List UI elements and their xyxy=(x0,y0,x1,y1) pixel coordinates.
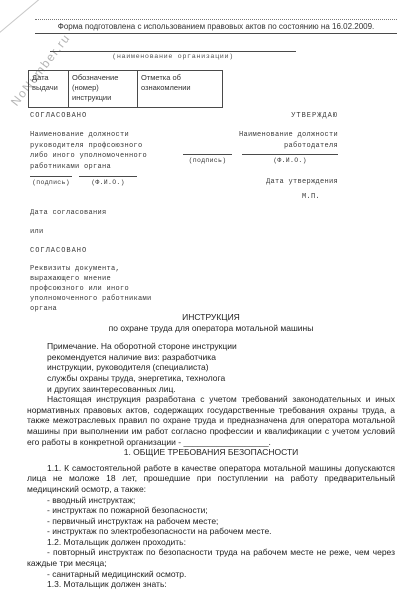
requisites-lines: Реквизиты документа, выражающего мнение … xyxy=(30,265,200,314)
instruction-body: ИНСТРУКЦИЯ по охране труда для оператора… xyxy=(27,312,395,590)
table-header-row: Дата выдачи Обозначение (номер) инструкц… xyxy=(29,71,223,108)
signature-row: (подпись) (Ф.И.О.) xyxy=(183,154,338,164)
section-1-paragraphs: 1.1. К самостоятельной работе в качестве… xyxy=(27,463,395,590)
approved-block: УТВЕРЖДАЮ Наименование должности работод… xyxy=(183,112,338,201)
form-banner: Форма подготовлена с использованием прав… xyxy=(35,19,397,34)
or-label: или xyxy=(30,228,200,238)
body-paragraph: - санитарный медицинский осмотр. xyxy=(27,569,395,580)
position-line: либо иного уполномоченного xyxy=(30,151,180,162)
col-issue-date: Дата выдачи xyxy=(29,71,69,108)
body-paragraph: 1.3. Мотальщик должен знать: xyxy=(27,579,395,590)
note-line: службы охраны труда, энергетика, техноло… xyxy=(47,373,395,384)
body-paragraph: 1.2. Мотальщик должен проходить: xyxy=(27,537,395,548)
approved-title: УТВЕРЖДАЮ xyxy=(183,112,338,120)
doc-subtitle: по охране труда для оператора мотальной … xyxy=(27,323,395,334)
position-line: работодателя xyxy=(183,141,338,152)
note-line: инструкции, руководителя (специалиста) xyxy=(47,362,395,373)
fio-line-caption: (Ф.И.О.) xyxy=(242,154,338,164)
coordination-block: Дата согласования или СОГЛАСОВАНО Реквиз… xyxy=(30,209,200,314)
intro-paragraph: Настоящая инструкция разработана с учето… xyxy=(27,394,395,447)
signature-line-caption: (подпись) xyxy=(183,154,232,164)
registration-table: Дата выдачи Обозначение (номер) инструкц… xyxy=(28,70,223,108)
fio-line-caption: (Ф.И.О.) xyxy=(79,176,137,186)
body-paragraph: - первичный инструктаж на рабочем месте; xyxy=(27,516,395,527)
note-line: Примечание. На оборотной стороне инструк… xyxy=(47,341,395,352)
coordination-date-label: Дата согласования xyxy=(30,209,200,219)
agreed-title: СОГЛАСОВАНО xyxy=(30,247,200,257)
note-block: Примечание. На оборотной стороне инструк… xyxy=(47,341,395,394)
position-line: работниками органа xyxy=(30,162,180,173)
position-line: Наименование должности xyxy=(183,130,338,141)
signature-row: (подпись) (Ф.И.О.) xyxy=(30,176,180,186)
note-line: и других заинтересованных лиц. xyxy=(47,384,395,395)
note-line: рекомендуется наличие виз: разработчика xyxy=(47,352,395,363)
stamp-place-label: М.П. xyxy=(183,193,338,201)
body-paragraph: - повторный инструктаж по безопасности т… xyxy=(27,547,395,568)
document-page: NoNumber.ru Форма подготовлена с использ… xyxy=(0,0,420,600)
union-position-lines: Наименование должности руководителя проф… xyxy=(30,130,180,172)
approval-date-label: Дата утверждения xyxy=(183,178,338,186)
position-line: руководителя профсоюзного xyxy=(30,141,180,152)
agreed-block: СОГЛАСОВАНО Наименование должности руков… xyxy=(30,112,180,186)
organization-name-caption: (наименование организации) xyxy=(50,53,296,61)
signature-line-caption: (подпись) xyxy=(30,176,72,186)
doc-title: ИНСТРУКЦИЯ xyxy=(27,312,395,323)
col-acknowledgement-mark: Отметка об ознакомлении xyxy=(138,71,223,108)
organization-name-block: (наименование организации) xyxy=(50,42,296,61)
employer-position-lines: Наименование должности работодателя xyxy=(183,130,338,151)
organization-name-underline xyxy=(50,42,296,52)
requisites-line: профсоюзного или иного xyxy=(30,285,200,295)
body-paragraph: - инструктаж по пожарной безопасности; xyxy=(27,505,395,516)
requisites-line: уполномоченного работниками xyxy=(30,295,200,305)
requisites-line: выражающего мнение xyxy=(30,275,200,285)
requisites-line: Реквизиты документа, xyxy=(30,265,200,275)
position-line: Наименование должности xyxy=(30,130,180,141)
section-1-heading: 1. ОБЩИЕ ТРЕБОВАНИЯ БЕЗОПАСНОСТИ xyxy=(27,447,395,458)
agreed-title: СОГЛАСОВАНО xyxy=(30,112,180,120)
col-instruction-number: Обозначение (номер) инструкции xyxy=(69,71,138,108)
body-paragraph: - инструктаж по электробезопасности на р… xyxy=(27,526,395,537)
body-paragraph: - вводный инструктаж; xyxy=(27,495,395,506)
body-paragraph: 1.1. К самостоятельной работе в качестве… xyxy=(27,463,395,495)
